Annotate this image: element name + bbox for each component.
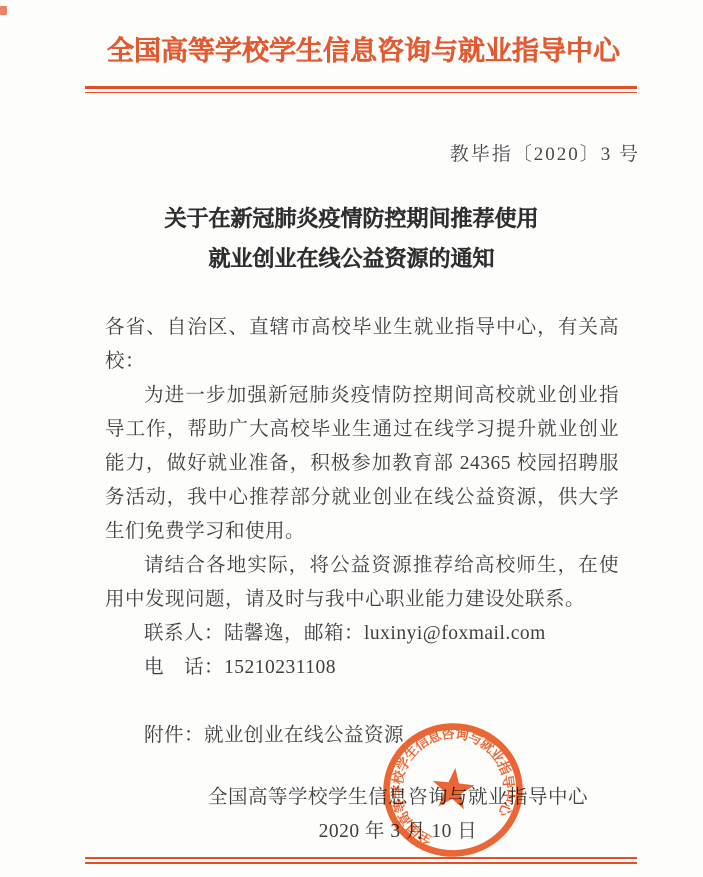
footer-double-rule: [85, 857, 637, 864]
document-title-line1: 关于在新冠肺炎疫情防控期间推荐使用: [0, 199, 703, 239]
contact-phone-line: 电 话：15210231108: [105, 651, 619, 685]
contact-person-line: 联系人：陆馨逸，邮箱：luxinyi@foxmail.com: [105, 617, 619, 651]
scan-artifact: [0, 6, 7, 15]
document-title: 关于在新冠肺炎疫情防控期间推荐使用 就业创业在线公益资源的通知: [0, 199, 703, 279]
body-paragraph-2: 请结合各地实际，将公益资源推荐给高校师生，在使用中发现问题，请及时与我中心职业能…: [105, 549, 619, 617]
document-number: 教毕指〔2020〕3 号: [450, 139, 640, 166]
document-title-line2: 就业创业在线公益资源的通知: [0, 239, 703, 279]
attachment-line: 附件：就业创业在线公益资源: [105, 719, 619, 753]
official-notice-document: 全国高等学校学生信息咨询与就业指导中心 教毕指〔2020〕3 号 关于在新冠肺炎…: [0, 0, 703, 877]
letterhead-double-rule: [85, 86, 637, 93]
body-paragraph-1: 为进一步加强新冠肺炎疫情防控期间高校就业创业指导工作，帮助广大高校毕业生通过在线…: [105, 379, 619, 549]
letter-body: 各省、自治区、直辖市高校毕业生就业指导中心，有关高校： 为进一步加强新冠肺炎疫情…: [105, 311, 619, 753]
salutation: 各省、自治区、直辖市高校毕业生就业指导中心，有关高校：: [105, 311, 619, 379]
letterhead-org-name: 全国高等学校学生信息咨询与就业指导中心: [12, 29, 703, 68]
seal-star-icon: [430, 766, 476, 811]
official-seal: 全国高等学校学生信息咨询与就业指导中心: [381, 721, 526, 860]
